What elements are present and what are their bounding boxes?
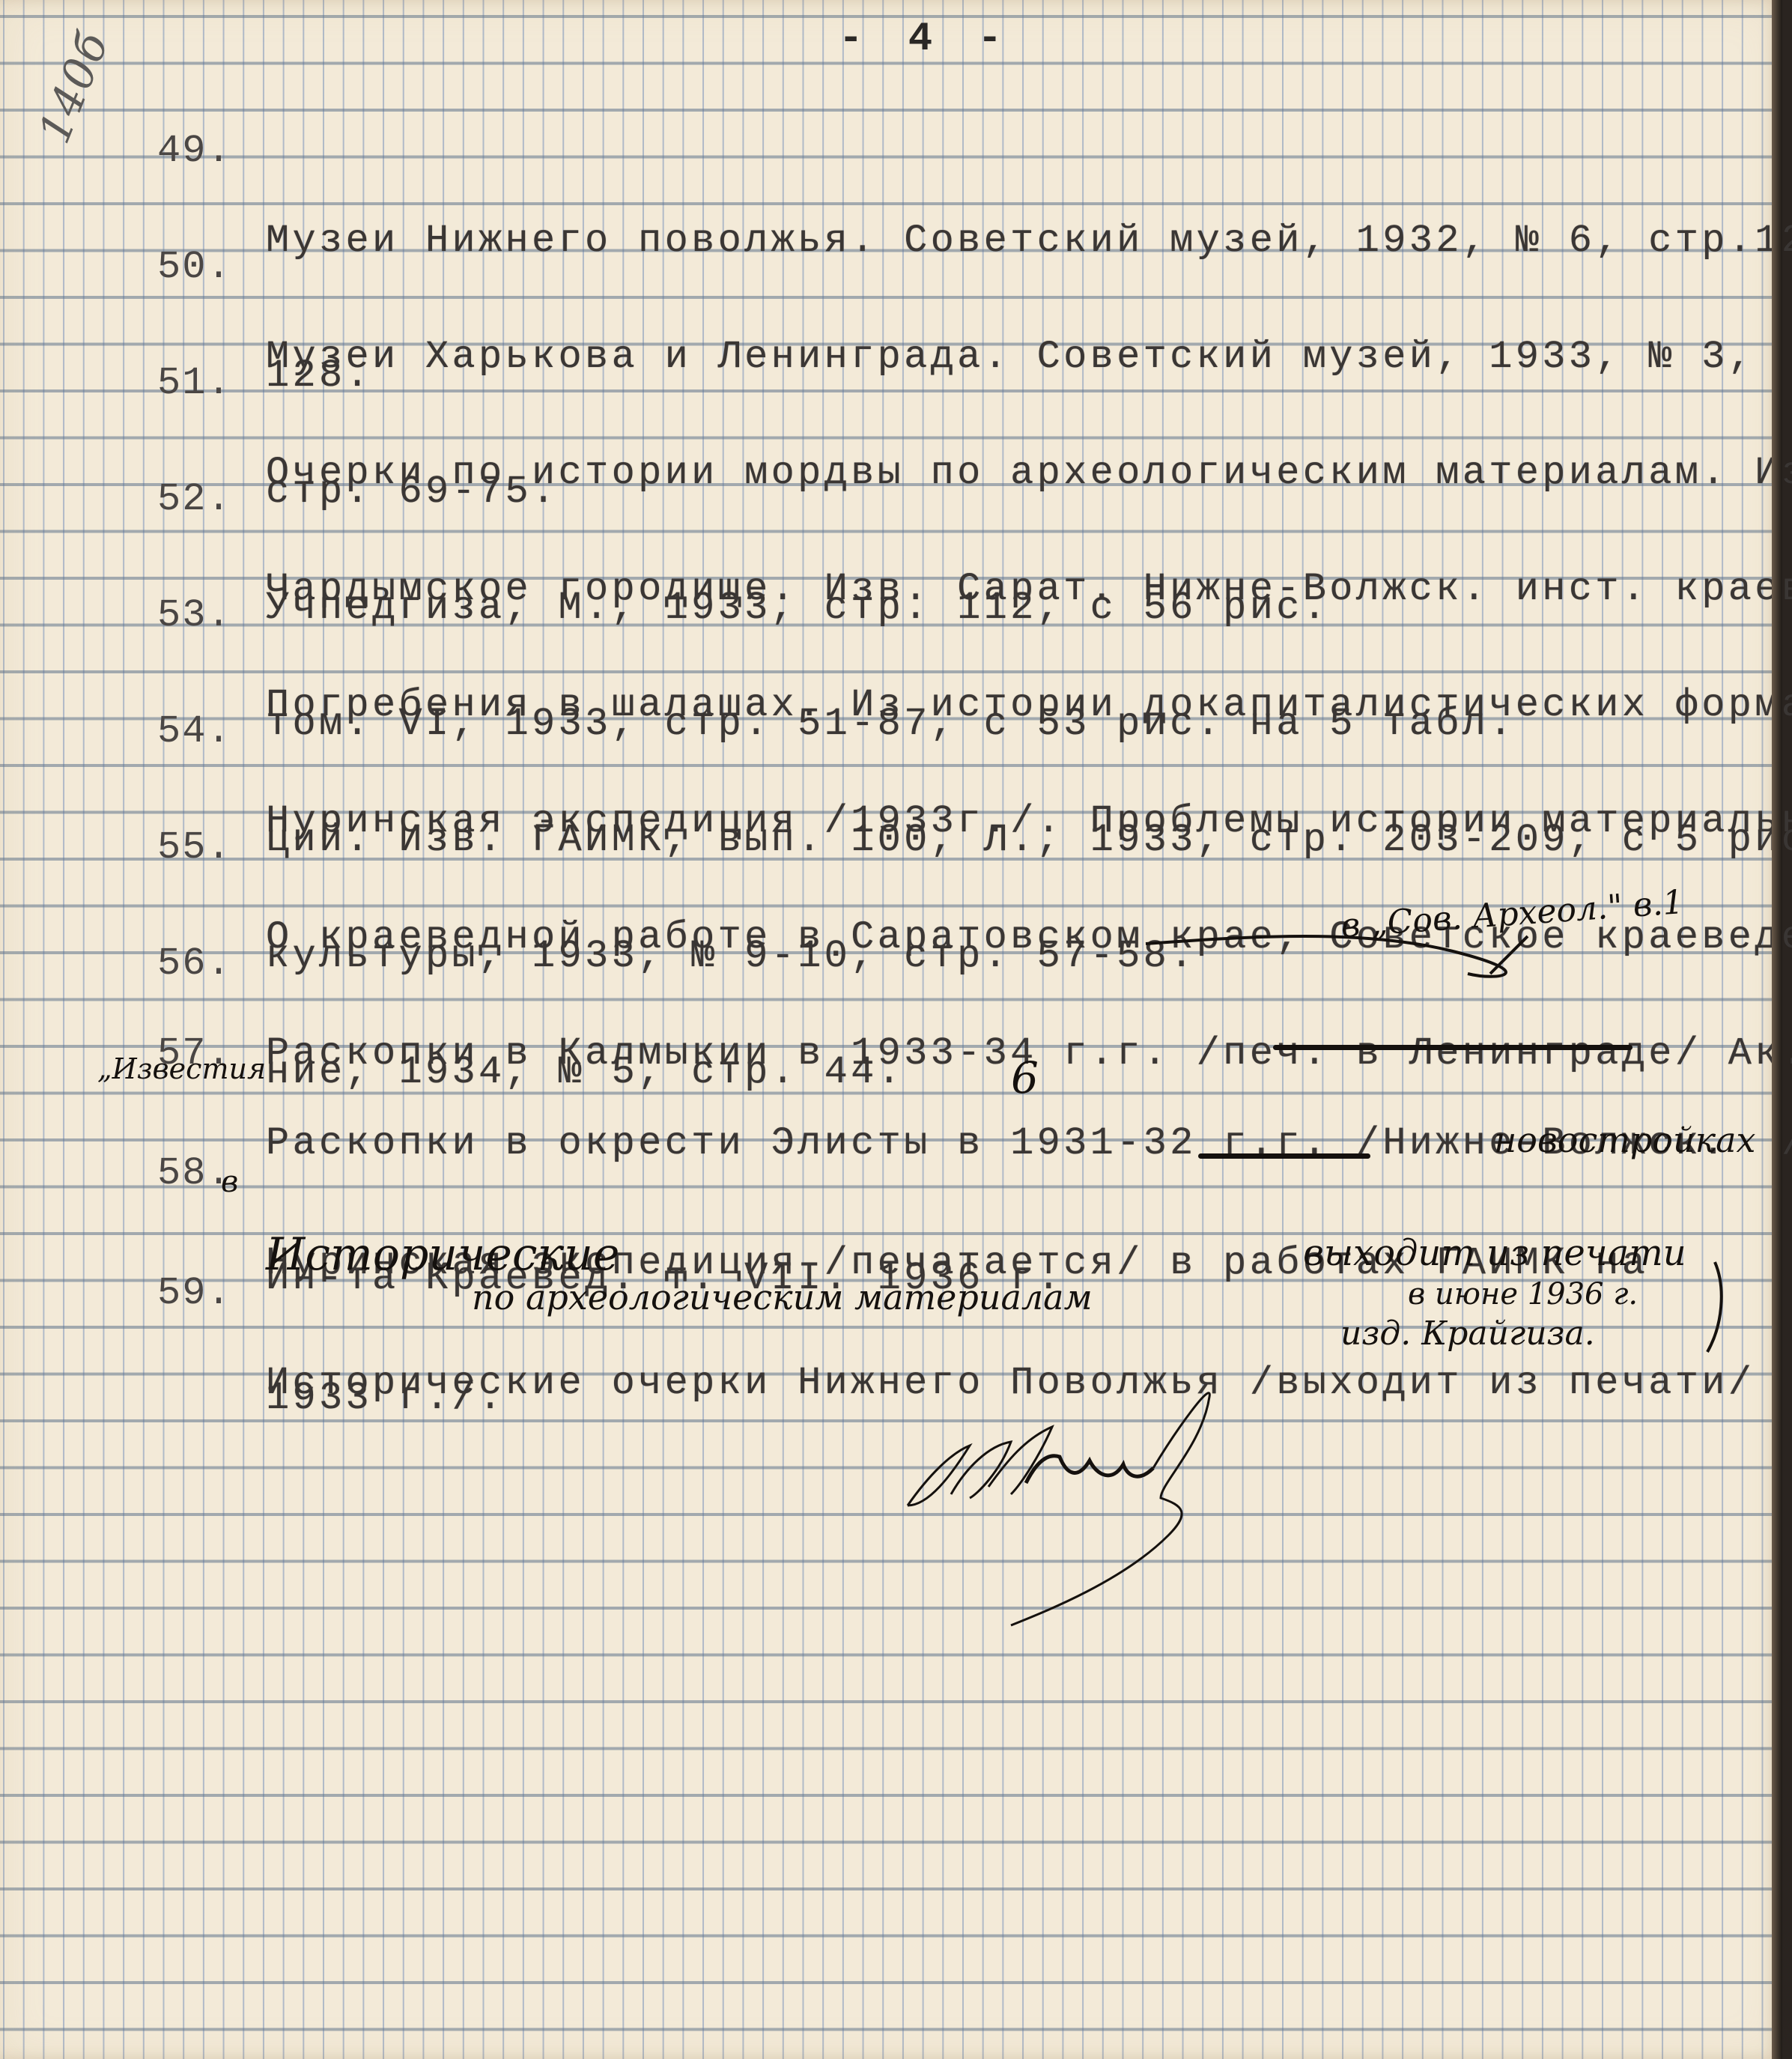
insert-caret-icon: [1138, 921, 1558, 981]
entry-number: 56.: [157, 941, 266, 1031]
handwritten-margin-57: „Известия: [97, 1052, 266, 1085]
handwritten-note-59-b: в июне 1936 г.: [1408, 1277, 1638, 1311]
list-item: 54. Нуринская экспедиция /1933г./. Пробл…: [157, 709, 1782, 825]
entry-number: 53.: [157, 593, 266, 709]
entry-number: 49.: [157, 129, 266, 245]
entry-number: 54.: [157, 709, 266, 825]
folio-number: 140б: [28, 24, 119, 150]
document-page: 140б - 4 - 49. Музеи Нижнего поволжья. С…: [0, 0, 1782, 2059]
entry-text: Погребения в шалашах. Из истории докапит…: [266, 593, 1792, 709]
closing-bracket-icon: [1700, 1258, 1730, 1356]
strikethrough-58: [1198, 1153, 1370, 1159]
entry-text: Чардымское городище. Изв. Сарат. Нижне-В…: [266, 477, 1792, 593]
entry-number: 59.: [157, 1271, 266, 1361]
entry-number: 50.: [157, 245, 266, 361]
entry-number: 58.: [157, 1151, 266, 1271]
entry-text: Очерки по истории мордвы по археологичес…: [266, 361, 1792, 477]
paper-edge: [1772, 0, 1782, 2059]
page-number: - 4 -: [839, 16, 1012, 62]
entry-text: Раскопки в Калмыкии в 1933-34 г.г. /печ.…: [266, 941, 1792, 1031]
entry-number: 57.: [157, 1031, 266, 1151]
handwritten-note-59-c: изд. Крайгиза.: [1340, 1314, 1595, 1353]
strikethrough-57: [1273, 1045, 1632, 1050]
list-item: 49. Музеи Нижнего поволжья. Советский му…: [157, 129, 1782, 245]
handwritten-note-59-a: выходит из печати: [1303, 1232, 1686, 1274]
handwritten-prefix-58: в: [221, 1165, 238, 1199]
handwritten-title-59: Исторические: [266, 1228, 619, 1281]
entry-text: Нуринская экспедиция /1933г./. Проблемы …: [266, 709, 1792, 825]
entry-number: 55.: [157, 825, 266, 941]
entry-number: 52.: [157, 477, 266, 593]
handwritten-suffix-58: новостройках: [1494, 1120, 1755, 1160]
handwritten-sub-59: по археологическим материалам: [472, 1277, 1093, 1317]
list-item: 50. Музеи Харькова и Ленинграда. Советск…: [157, 245, 1782, 361]
list-item: 51. Очерки по истории мордвы по археолог…: [157, 361, 1782, 477]
signature-icon: [899, 1363, 1258, 1633]
entry-text: Музеи Нижнего поволжья. Советский музей,…: [266, 129, 1792, 245]
list-item: 52. Чардымское городище. Изв. Сарат. Ниж…: [157, 477, 1782, 593]
bibliography-list: 49. Музеи Нижнего поволжья. Советский му…: [157, 129, 1782, 1361]
entry-text: Музеи Харькова и Ленинграда. Советский м…: [266, 245, 1782, 361]
list-item: 53. Погребения в шалашах. Из истории док…: [157, 593, 1782, 709]
entry-number: 51.: [157, 361, 266, 477]
handwritten-year-fix-57: 6: [1011, 1052, 1039, 1103]
